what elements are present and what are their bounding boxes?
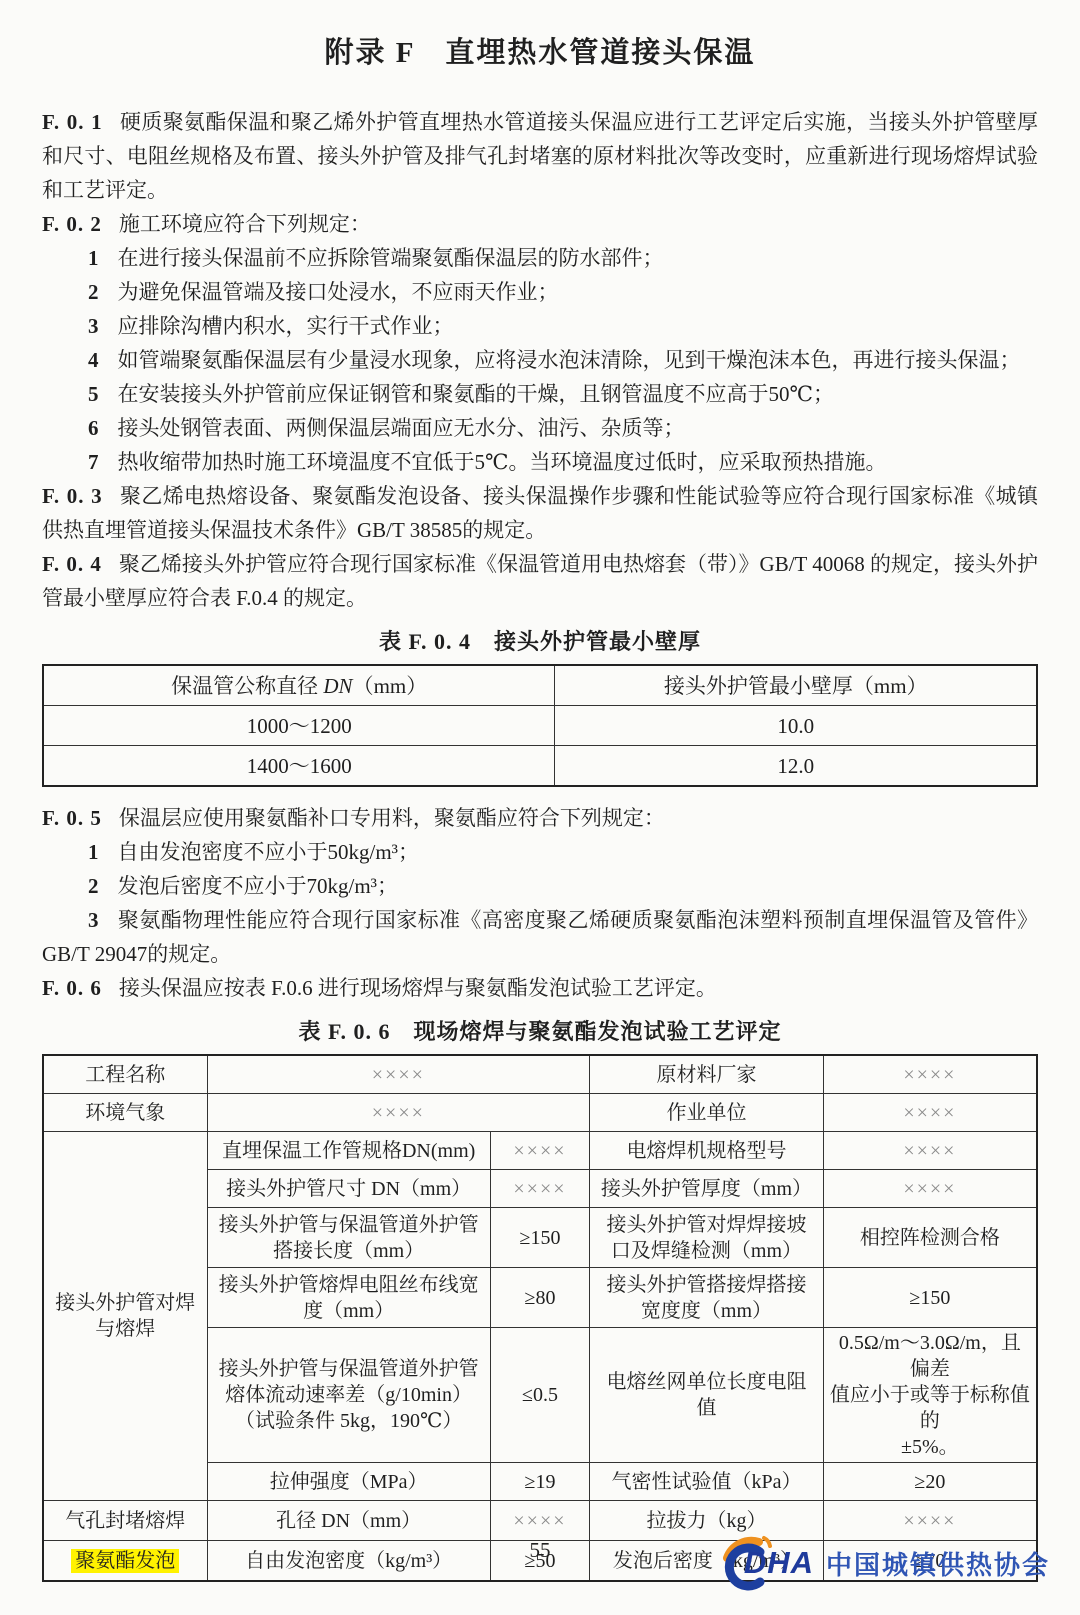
item-number: 2 bbox=[88, 874, 99, 898]
table-label: 直埋保温工作管规格DN(mm) bbox=[207, 1132, 490, 1170]
item-text: 聚氨酯物理性能应符合现行国家标准《高密度聚乙烯硬质聚氨酯泡沫塑料预制直埋保温管及… bbox=[42, 908, 1038, 966]
item-number: 2 bbox=[88, 280, 99, 304]
cdha-logo: DHA 中国城镇供热协会 bbox=[714, 1534, 1050, 1592]
list-item-2: 2为避免保温管端及接口处浸水，不应雨天作业； bbox=[42, 275, 1038, 309]
row-header: 环境气象 bbox=[43, 1094, 207, 1132]
item-number: 7 bbox=[88, 450, 99, 474]
item-text: 自由发泡密度不应小于50kg/m³； bbox=[118, 840, 419, 864]
table-row: 接头外护管对焊 与熔焊 直埋保温工作管规格DN(mm) ×××× 电熔焊机规格型… bbox=[43, 1132, 1037, 1170]
table-value: ≥20 bbox=[823, 1463, 1037, 1501]
table-cell: 1400～1600 bbox=[43, 746, 555, 787]
item-number: 3 bbox=[88, 908, 99, 932]
table-label: 接头外护管搭接焊搭接 宽度度（mm） bbox=[590, 1268, 824, 1328]
table-value: ≥150 bbox=[490, 1208, 589, 1268]
table-label: 接头外护管与保温管道外护管 熔体流动速率差（g/10min） （试验条件 5kg… bbox=[207, 1328, 490, 1463]
table-row: 1400～1600 12.0 bbox=[43, 746, 1037, 787]
item-number: 1 bbox=[88, 840, 99, 864]
table-value: ≥80 bbox=[490, 1268, 589, 1328]
row-header: 原材料厂家 bbox=[590, 1055, 824, 1094]
clause-f01: F. 0. 1硬质聚氨酯保温和聚乙烯外护管直埋热水管道接头保温应进行工艺评定后实… bbox=[42, 105, 1038, 207]
clause-f06: F. 0. 6接头保温应按表 F.0.6 进行现场熔焊与聚氨酯发泡试验工艺评定。 bbox=[42, 971, 1038, 1005]
table-cell: 1000～1200 bbox=[43, 706, 555, 746]
table-value: 0.5Ω/m～3.0Ω/m，且偏差 值应小于或等于标称值的 ±5%。 bbox=[823, 1328, 1037, 1463]
list-item-3: 3应排除沟槽内积水，实行干式作业； bbox=[42, 309, 1038, 343]
placeholder-value: ×××× bbox=[207, 1094, 590, 1132]
table-value: 相控阵检测合格 bbox=[823, 1208, 1037, 1268]
page-title: 附录 F 直埋热水管道接头保温 bbox=[42, 30, 1038, 71]
table-value: ≤0.5 bbox=[490, 1328, 589, 1463]
logo-abbr-text: DHA bbox=[744, 1545, 814, 1581]
table-value: ≥150 bbox=[823, 1268, 1037, 1328]
table-row: 环境气象 ×××× 作业单位 ×××× bbox=[43, 1094, 1037, 1132]
placeholder-value: ×××× bbox=[823, 1170, 1037, 1208]
list-item-4: 4如管端聚氨酯保温层有少量浸水现象，应将浸水泡沫清除，见到干燥泡沫本色，再进行接… bbox=[42, 343, 1038, 377]
clause-label: F. 0. 1 bbox=[42, 110, 103, 134]
table-f04: 保温管公称直径 DN（mm） 接头外护管最小壁厚（mm） 1000～1200 1… bbox=[42, 664, 1038, 787]
item-number: 3 bbox=[88, 314, 99, 338]
table-label: 接头外护管对焊焊接坡 口及焊缝检测（mm） bbox=[590, 1208, 824, 1268]
item-text: 如管端聚氨酯保温层有少量浸水现象，应将浸水泡沫清除，见到干燥泡沫本色，再进行接头… bbox=[118, 348, 1021, 372]
item-text: 热收缩带加热时施工环境温度不宜低于5℃。当环境温度过低时，应采取预热措施。 bbox=[118, 450, 887, 474]
page-footer: 55 DHA 中国城镇供热协会 bbox=[0, 1532, 1080, 1612]
row-header: 工程名称 bbox=[43, 1055, 207, 1094]
clause-text: 聚乙烯接头外护管应符合现行国家标准《保温管道用电热熔套（带）》GB/T 4006… bbox=[42, 552, 1038, 610]
clause-label: F. 0. 2 bbox=[42, 212, 102, 236]
clause-label: F. 0. 6 bbox=[42, 976, 102, 1000]
table-label: 接头外护管尺寸 DN（mm） bbox=[207, 1170, 490, 1208]
row-header-group: 接头外护管对焊 与熔焊 bbox=[43, 1132, 207, 1501]
row-header: 作业单位 bbox=[590, 1094, 824, 1132]
placeholder-value: ×××× bbox=[490, 1132, 589, 1170]
list-item-7: 7热收缩带加热时施工环境温度不宜低于5℃。当环境温度过低时，应采取预热措施。 bbox=[42, 445, 1038, 479]
item-text: 在进行接头保温前不应拆除管端聚氨酯保温层的防水部件； bbox=[118, 246, 664, 270]
table-f04-title: 表 F. 0. 4 接头外护管最小壁厚 bbox=[42, 625, 1038, 656]
table-cell: 10.0 bbox=[555, 706, 1037, 746]
placeholder-value: ×××× bbox=[823, 1132, 1037, 1170]
list-item-1: 1在进行接头保温前不应拆除管端聚氨酯保温层的防水部件； bbox=[42, 241, 1038, 275]
table-row: 保温管公称直径 DN（mm） 接头外护管最小壁厚（mm） bbox=[43, 665, 1037, 706]
clause-f03: F. 0. 3聚乙烯电热熔设备、聚氨酯发泡设备、接头保温操作步骤和性能试验等应符… bbox=[42, 479, 1038, 547]
table-label: 接头外护管与保温管道外护管 搭接长度（mm） bbox=[207, 1208, 490, 1268]
table-label: 接头外护管熔焊电阻丝布线宽 度（mm） bbox=[207, 1268, 490, 1328]
table-row: 1000～1200 10.0 bbox=[43, 706, 1037, 746]
table-cell: 12.0 bbox=[555, 746, 1037, 787]
item-text: 应排除沟槽内积水，实行干式作业； bbox=[118, 314, 454, 338]
placeholder-value: ×××× bbox=[490, 1170, 589, 1208]
clause-text: 聚乙烯电热熔设备、聚氨酯发泡设备、接头保温操作步骤和性能试验等应符合现行国家标准… bbox=[42, 484, 1038, 542]
item-number: 5 bbox=[88, 382, 99, 406]
clause-text: 硬质聚氨酯保温和聚乙烯外护管直埋热水管道接头保温应进行工艺评定后实施，当接头外护… bbox=[42, 110, 1038, 202]
clause-text: 保温层应使用聚氨酯补口专用料，聚氨酯应符合下列规定： bbox=[119, 806, 665, 830]
item-number: 6 bbox=[88, 416, 99, 440]
table-value: ≥19 bbox=[490, 1463, 589, 1501]
list-item-2: 2发泡后密度不应小于70kg/m³； bbox=[42, 869, 1038, 903]
column-header: 接头外护管最小壁厚（mm） bbox=[555, 665, 1037, 706]
table-f06-title: 表 F. 0. 6 现场熔焊与聚氨酯发泡试验工艺评定 bbox=[42, 1015, 1038, 1046]
table-label: 拉伸强度（MPa） bbox=[207, 1463, 490, 1501]
clause-label: F. 0. 4 bbox=[42, 552, 102, 576]
list-item-6: 6接头处钢管表面、两侧保温层端面应无水分、油污、杂质等； bbox=[42, 411, 1038, 445]
document-page: 附录 F 直埋热水管道接头保温 F. 0. 1硬质聚氨酯保温和聚乙烯外护管直埋热… bbox=[0, 0, 1080, 1615]
list-item-5: 5在安装接头外护管前应保证钢管和聚氨酯的干燥，且钢管温度不应高于50℃； bbox=[42, 377, 1038, 411]
clause-text: 接头保温应按表 F.0.6 进行现场熔焊与聚氨酯发泡试验工艺评定。 bbox=[119, 976, 717, 1000]
table-label: 电熔丝网单位长度电阻 值 bbox=[590, 1328, 824, 1463]
column-header: 保温管公称直径 DN（mm） bbox=[43, 665, 555, 706]
item-text: 发泡后密度不应小于70kg/m³； bbox=[118, 874, 398, 898]
placeholder-value: ×××× bbox=[823, 1055, 1037, 1094]
clause-f04: F. 0. 4聚乙烯接头外护管应符合现行国家标准《保温管道用电热熔套（带）》GB… bbox=[42, 547, 1038, 615]
logo-org-name: 中国城镇供热协会 bbox=[826, 1545, 1050, 1582]
item-text: 为避免保温管端及接口处浸水，不应雨天作业； bbox=[118, 280, 559, 304]
table-f06: 工程名称 ×××× 原材料厂家 ×××× 环境气象 ×××× 作业单位 ××××… bbox=[42, 1054, 1038, 1582]
table-label: 接头外护管厚度（mm） bbox=[590, 1170, 824, 1208]
table-label: 气密性试验值（kPa） bbox=[590, 1463, 824, 1501]
document-content: 附录 F 直埋热水管道接头保温 F. 0. 1硬质聚氨酯保温和聚乙烯外护管直埋热… bbox=[0, 0, 1080, 1582]
clause-label: F. 0. 5 bbox=[42, 806, 102, 830]
clause-text: 施工环境应符合下列规定： bbox=[119, 212, 371, 236]
list-item-3: 3聚氨酯物理性能应符合现行国家标准《高密度聚乙烯硬质聚氨酯泡沫塑料预制直埋保温管… bbox=[42, 903, 1038, 971]
item-text: 在安装接头外护管前应保证钢管和聚氨酯的干燥，且钢管温度不应高于50℃； bbox=[118, 382, 835, 406]
placeholder-value: ×××× bbox=[823, 1094, 1037, 1132]
item-text: 接头处钢管表面、两侧保温层端面应无水分、油污、杂质等； bbox=[118, 416, 685, 440]
item-number: 1 bbox=[88, 246, 99, 270]
clause-f05: F. 0. 5保温层应使用聚氨酯补口专用料，聚氨酯应符合下列规定： bbox=[42, 801, 1038, 835]
table-label: 电熔焊机规格型号 bbox=[590, 1132, 824, 1170]
list-item-1: 1自由发泡密度不应小于50kg/m³； bbox=[42, 835, 1038, 869]
clause-label: F. 0. 3 bbox=[42, 484, 103, 508]
item-number: 4 bbox=[88, 348, 99, 372]
placeholder-value: ×××× bbox=[207, 1055, 590, 1094]
clause-f02: F. 0. 2施工环境应符合下列规定： bbox=[42, 207, 1038, 241]
table-row: 工程名称 ×××× 原材料厂家 ×××× bbox=[43, 1055, 1037, 1094]
